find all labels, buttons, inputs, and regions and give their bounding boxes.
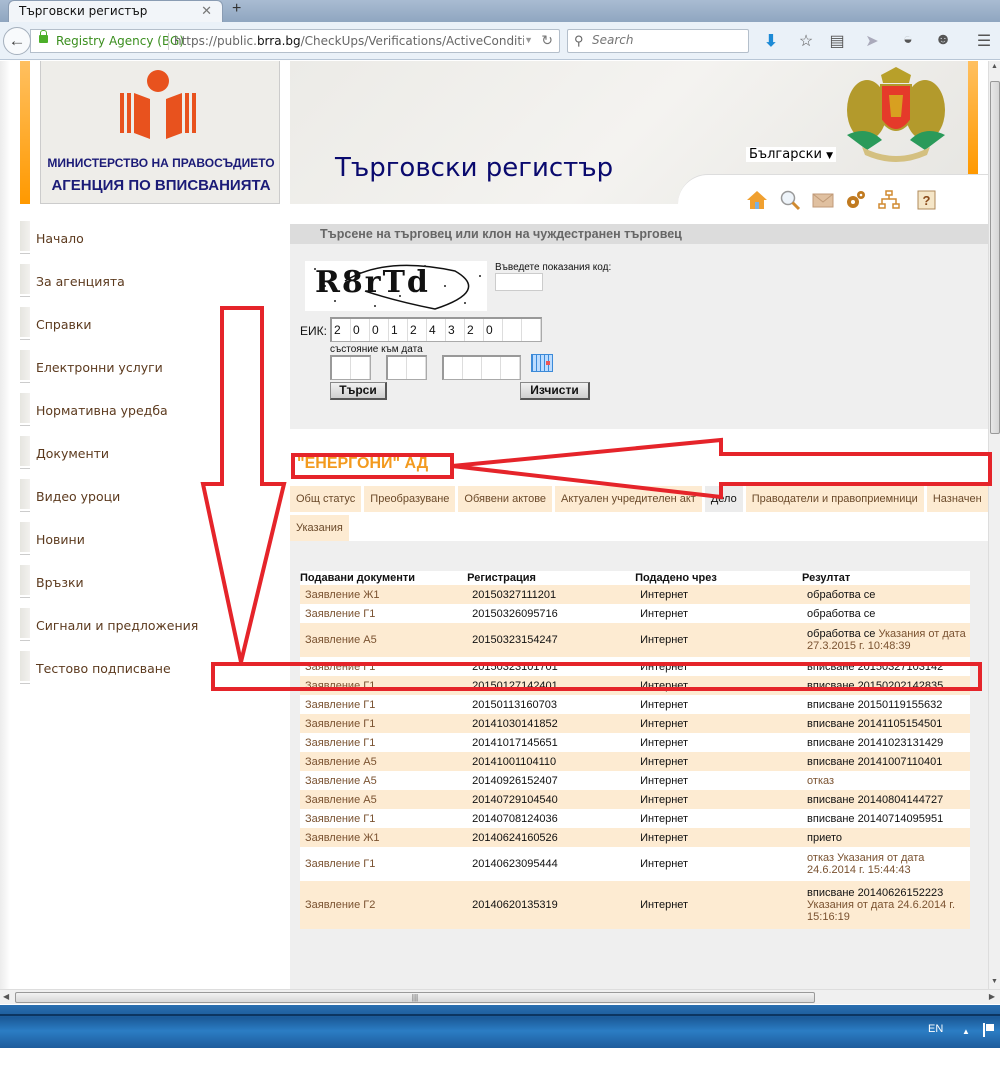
month-input[interactable] [386, 355, 427, 380]
divider [20, 640, 30, 641]
table-row: Заявление Ж120150327111201Интернетобрабо… [300, 585, 970, 604]
divider [168, 33, 169, 50]
result-cell: обработва се [802, 604, 970, 623]
history-dropdown-icon[interactable]: ▼ [524, 35, 533, 45]
day-input[interactable] [330, 355, 371, 380]
registration-number: 20150327111201 [467, 585, 635, 604]
result-status: обработва се [807, 608, 875, 620]
sidebar-item[interactable]: Документи [20, 436, 280, 479]
divider [20, 425, 30, 426]
orange-accent-bar [968, 61, 978, 174]
registration-number: 20140708124036 [467, 809, 635, 828]
column-header: Подавани документи [300, 571, 467, 585]
url-domain: brra.bg [257, 34, 301, 48]
menu-bullet [20, 307, 30, 337]
document-link[interactable]: Заявление А5 [305, 634, 377, 646]
horizontal-scrollbar[interactable]: ◀ ||| ▶ [0, 989, 1000, 1004]
menu-bullet [20, 565, 30, 595]
result-cell: отказ Указания от дата 24.6.2014 г. 15:4… [802, 847, 970, 881]
search-heading-text: Търсене на търговец или клон на чуждестр… [320, 227, 682, 241]
scroll-left-icon[interactable]: ◀ [3, 992, 9, 1001]
table-row: Заявление Г120140708124036Интернетвписва… [300, 809, 970, 828]
new-tab-icon[interactable]: + [232, 0, 241, 18]
search-icon[interactable] [779, 189, 801, 211]
submitted-via: Интернет [635, 657, 802, 676]
sidebar-link[interactable]: Справки [36, 317, 92, 332]
action-center-flag-icon[interactable] [983, 1023, 995, 1037]
help-icon[interactable]: ? [916, 189, 938, 211]
sidebar-link[interactable]: Сигнали и предложения [36, 618, 198, 633]
sidebar-link[interactable]: Електронни услуги [36, 360, 163, 375]
language-select[interactable]: Български ▼ [746, 147, 836, 162]
result-note-link[interactable]: отказ [807, 775, 834, 787]
result-note-link[interactable]: отказ Указания от дата 24.6.2014 г. 15:4… [807, 852, 924, 876]
result-cell: обработва се [802, 585, 970, 604]
svg-text:?: ? [923, 193, 931, 208]
submitted-via: Интернет [635, 623, 802, 657]
navigation-toolbar: Registry Agency (BG) https://public.brra… [0, 22, 1000, 60]
input-language[interactable]: EN [928, 1023, 943, 1035]
shade [0, 61, 10, 989]
registration-number: 20141030141852 [467, 714, 635, 733]
menu-bullet [20, 264, 30, 294]
back-button[interactable]: ← [3, 27, 31, 55]
registration-number: 20150323154247 [467, 623, 635, 657]
document-link[interactable]: Заявление Г1 [305, 858, 375, 870]
clear-button[interactable]: Изчисти [520, 382, 590, 400]
eik-digit[interactable]: 2 [408, 319, 427, 341]
document-link[interactable]: Заявление Г1 [305, 661, 375, 673]
submitted-via: Интернет [635, 676, 802, 695]
tab-item[interactable]: Обявени актове [458, 486, 552, 512]
table-row: Заявление А520150323154247Интернетобрабо… [300, 623, 970, 657]
sitemap-icon[interactable] [878, 189, 900, 211]
table-row: Заявление Г120140623095444Интернетотказ … [300, 847, 970, 881]
result-cell: вписване 20141105154501 [802, 714, 970, 733]
table-row: Заявление Г120141030141852Интернетвписва… [300, 714, 970, 733]
close-tab-icon[interactable]: ✕ [201, 3, 212, 19]
divider [20, 683, 30, 684]
registration-number: 20140624160526 [467, 828, 635, 847]
divider [20, 339, 30, 340]
column-header: Подадено чрез [635, 571, 802, 585]
left-column: МИНИСТЕРСТВО НА ПРАВОСЪДИЕТО АГЕНЦИЯ ПО … [0, 61, 290, 989]
result-cell: отказ [802, 771, 970, 790]
result-cell: обработва се Указания от дата 27.3.2015 … [802, 623, 970, 657]
result-status: прието [807, 832, 842, 844]
tab-item[interactable]: Назначен [927, 486, 988, 512]
captcha-text: R8rTd [315, 265, 430, 300]
result-cell: прието [802, 828, 970, 847]
divider [20, 382, 30, 383]
menu-bullet [20, 221, 30, 251]
result-status: обработва се [807, 628, 875, 640]
scroll-thumb[interactable]: ||| [15, 992, 815, 1003]
eik-digit[interactable] [503, 319, 522, 341]
show-hidden-icons-icon[interactable]: ▲ [962, 1027, 970, 1036]
submitted-via: Интернет [635, 881, 802, 929]
sidebar-item[interactable]: Тестово подписване [20, 651, 280, 694]
chevron-down-icon: ▼ [826, 151, 833, 161]
tab-item[interactable]: Указания [290, 515, 349, 541]
column-header: Резултат [802, 571, 970, 585]
sidebar-link[interactable]: Нормативна уредба [36, 403, 168, 418]
tab-item[interactable]: Праводатели и правоприемници [746, 486, 924, 512]
result-cell: вписване 20141007110401 [802, 752, 970, 771]
mail-icon[interactable] [812, 189, 834, 211]
eik-digit[interactable]: 2 [465, 319, 484, 341]
table-row: Заявление Г220140620135319Интернетвписва… [300, 881, 970, 929]
sidebar-item[interactable]: Сигнали и предложения [20, 608, 280, 651]
result-cell: вписване 20141023131429 [802, 733, 970, 752]
documents-panel: Подавани документиРегистрацияПодадено чр… [290, 541, 988, 989]
ministry-name: МИНИСТЕРСТВО НА ПРАВОСЪДИЕТО [41, 156, 281, 170]
sidebar-item[interactable]: Връзки [20, 565, 280, 608]
document-link[interactable]: Заявление Г2 [305, 899, 375, 911]
sidebar-item[interactable]: Справки [20, 307, 280, 350]
registration-number: 20150113160703 [467, 695, 635, 714]
site-identity[interactable]: Registry Agency (BG) [56, 34, 184, 48]
scroll-thumb[interactable] [990, 81, 1000, 434]
sidebar-item[interactable]: Електронни услуги [20, 350, 280, 393]
orange-accent-bar [20, 61, 30, 204]
sidebar-link[interactable]: Тестово подписване [36, 661, 171, 676]
document-link[interactable]: Заявление Г1 [305, 680, 375, 692]
search-icon: ⚲ [574, 33, 584, 49]
sidebar-link[interactable]: Новини [36, 532, 85, 547]
registration-number: 20140620135319 [467, 881, 635, 929]
result-cell: вписване 20140714095951 [802, 809, 970, 828]
divider [20, 296, 30, 297]
table-row: Заявление Г120150127142401Интернетвписва… [300, 676, 970, 695]
eik-digit[interactable]: 0 [484, 319, 503, 341]
document-link[interactable]: Заявление А5 [305, 756, 377, 768]
table-row: Заявление Г120150323101701Интернетвписва… [300, 657, 970, 676]
menu-bullet [20, 651, 30, 681]
agency-name: АГЕНЦИЯ ПО ВПИСВАНИЯТА [41, 177, 281, 194]
table-row: Заявление Г120141017145651Интернетвписва… [300, 733, 970, 752]
eik-digit[interactable]: 3 [446, 319, 465, 341]
submitted-via: Интернет [635, 604, 802, 623]
submitted-via: Интернет [635, 790, 802, 809]
eik-digit[interactable] [522, 319, 541, 341]
result-status: вписване 20150202142835 [807, 680, 943, 692]
result-cell: вписване 20150327103142 [802, 657, 970, 676]
sidebar-link[interactable]: Начало [36, 231, 84, 246]
sidebar-item[interactable]: Нормативна уредба [20, 393, 280, 436]
language-value: Български [749, 147, 822, 162]
url-bar[interactable]: Registry Agency (BG) https://public.brra… [30, 29, 560, 53]
sidebar-link[interactable]: За агенцията [36, 274, 125, 289]
menu-bullet [20, 350, 30, 380]
search-box[interactable]: ⚲ [567, 29, 749, 53]
eik-digit[interactable]: 0 [370, 319, 389, 341]
sidebar-link[interactable]: Документи [36, 446, 109, 461]
bookmark-star-icon[interactable]: ☆ [796, 31, 816, 51]
divider [20, 511, 30, 512]
sidebar-item[interactable]: Новини [20, 522, 280, 565]
search-form-heading: Търсене на търговец или клон на чуждестр… [290, 224, 988, 244]
tab-row: Указания [290, 515, 349, 541]
windows-taskbar: EN ▲ [0, 1005, 1000, 1048]
table-row: Заявление Г120150113160703Интернетвписва… [300, 695, 970, 714]
url-text[interactable]: https://public.brra.bg/CheckUps/Verifica… [174, 34, 524, 48]
settings-icon[interactable] [845, 189, 867, 211]
eik-label: ЕИК: [300, 324, 327, 338]
date-label: състояние към дата [330, 344, 423, 355]
submitted-via: Интернет [635, 714, 802, 733]
result-note-link[interactable]: Указания от дата 24.6.2014 г. 15:16:19 [807, 899, 955, 923]
submitted-via: Интернет [635, 771, 802, 790]
company-name: "ЕНЕРГОНИ" АД [297, 455, 428, 473]
web-page: МИНИСТЕРСТВО НА ПРАВОСЪДИЕТО АГЕНЦИЯ ПО … [0, 61, 988, 989]
document-link[interactable]: Заявление Г1 [305, 718, 375, 730]
captcha-input[interactable] [495, 273, 543, 291]
sidebar-link[interactable]: Видео уроци [36, 489, 120, 504]
menu-bullet [20, 436, 30, 466]
agency-logo-icon [118, 69, 198, 139]
year-input[interactable] [442, 355, 521, 380]
calendar-icon[interactable] [531, 354, 553, 372]
document-link[interactable]: Заявление Г1 [305, 813, 375, 825]
download-icon[interactable]: ⬇ [761, 31, 781, 51]
result-status: вписване 20141023131429 [807, 737, 943, 749]
menu-bullet [20, 479, 30, 509]
chat-icon[interactable]: ☻ [933, 31, 953, 49]
submitted-via: Интернет [635, 809, 802, 828]
coat-of-arms-icon [837, 65, 955, 165]
document-link[interactable]: Заявление Ж1 [305, 832, 380, 844]
document-link[interactable]: Заявление Г1 [305, 608, 375, 620]
eik-digit[interactable]: 1 [389, 319, 408, 341]
registration-number: 20150326095716 [467, 604, 635, 623]
result-status: вписване 20140626152223 [807, 887, 943, 899]
document-link[interactable]: Заявление Г1 [305, 737, 375, 749]
document-link[interactable]: Заявление Г1 [305, 699, 375, 711]
search-input[interactable] [592, 33, 742, 47]
document-link[interactable]: Заявление А5 [305, 794, 377, 806]
agency-logo[interactable]: МИНИСТЕРСТВО НА ПРАВОСЪДИЕТО АГЕНЦИЯ ПО … [40, 61, 280, 204]
search-button[interactable]: Търси [330, 382, 387, 400]
divider [20, 468, 30, 469]
tab-row: Общ статусПреобразуванеОбявени актовеАкт… [290, 486, 988, 512]
tab-item[interactable]: Общ статус [290, 486, 361, 512]
url-path: /CheckUps/Verifications/ActiveCondition.… [301, 34, 524, 48]
table-row: Заявление А520141001104110Интернетвписва… [300, 752, 970, 771]
scroll-up-icon[interactable]: ▲ [991, 63, 998, 70]
submitted-via: Интернет [635, 733, 802, 752]
eik-digit[interactable]: 4 [427, 319, 446, 341]
sidebar-menu: НачалоЗа агенциятаСправкиЕлектронни услу… [20, 221, 280, 694]
documents-table: Подавани документиРегистрацияПодадено чр… [300, 571, 970, 929]
result-status: вписване 20140804144727 [807, 794, 943, 806]
submitted-via: Интернет [635, 828, 802, 847]
table-row: Заявление Ж120140624160526Интернетприето [300, 828, 970, 847]
registration-number: 20141001104110 [467, 752, 635, 771]
divider [20, 597, 30, 598]
tab-item[interactable]: Актуален учредителен акт [555, 486, 702, 512]
sidebar-item[interactable]: Начало [20, 221, 280, 264]
submitted-via: Интернет [635, 695, 802, 714]
reload-icon[interactable]: ↻ [541, 32, 553, 49]
registration-number: 20140729104540 [467, 790, 635, 809]
scroll-down-icon[interactable]: ▼ [991, 978, 998, 985]
sidebar-item[interactable]: За агенцията [20, 264, 280, 307]
page-title: Търговски регистър [335, 153, 613, 183]
result-cell: вписване 20150202142835 [802, 676, 970, 695]
reading-list-icon[interactable]: ▤ [827, 31, 847, 51]
registration-number: 20150127142401 [467, 676, 635, 695]
result-status: обработва се [807, 589, 875, 601]
menu-icon[interactable]: ☰ [974, 31, 994, 51]
table-row: Заявление А520140729104540Интернетвписва… [300, 790, 970, 809]
table-row: Заявление А520140926152407Интернетотказ [300, 771, 970, 790]
registration-number: 20141017145651 [467, 733, 635, 752]
scroll-right-icon[interactable]: ▶ [989, 992, 995, 1001]
divider [20, 253, 30, 254]
result-status: вписване 20140714095951 [807, 813, 943, 825]
result-cell: вписване 20140626152223 Указания от дата… [802, 881, 970, 929]
submitted-via: Интернет [635, 585, 802, 604]
vertical-scrollbar[interactable]: ▲ ▼ [988, 61, 1000, 989]
browser-tab-bar: Търговски регистър ✕ + [0, 0, 1000, 22]
result-cell: вписване 20150119155632 [802, 695, 970, 714]
search-form: Търсене на търговец или клон на чуждестр… [290, 224, 988, 429]
tab-item[interactable]: Дело [705, 486, 743, 512]
result-cell: вписване 20140804144727 [802, 790, 970, 809]
submitted-via: Интернет [635, 847, 802, 881]
browser-tab[interactable]: Търговски регистър ✕ [8, 0, 223, 22]
registration-number: 20140623095444 [467, 847, 635, 881]
tab-title: Търговски регистър [19, 4, 147, 18]
result-status: вписване 20141007110401 [807, 756, 942, 768]
submitted-via: Интернет [635, 752, 802, 771]
home-icon[interactable] [746, 189, 768, 211]
menu-bullet [20, 522, 30, 552]
document-link[interactable]: Заявление Ж1 [305, 589, 380, 601]
url-prefix: https://public. [174, 34, 257, 48]
document-link[interactable]: Заявление А5 [305, 775, 377, 787]
sidebar-item[interactable]: Видео уроци [20, 479, 280, 522]
result-status: вписване 20150327103142 [807, 661, 943, 673]
sidebar-link[interactable]: Връзки [36, 575, 84, 590]
registration-number: 20140926152407 [467, 771, 635, 790]
eik-digit[interactable]: 0 [351, 319, 370, 341]
result-status: вписване 20141105154501 [807, 718, 942, 730]
captcha-image: R8rTd [305, 261, 487, 311]
menu-bullet [20, 608, 30, 638]
send-icon[interactable]: ➤ [862, 31, 882, 51]
taskbar-sheen [0, 1014, 1000, 1016]
captcha-label: Въведете показания код: [495, 262, 611, 273]
divider [20, 554, 30, 555]
eik-digit[interactable]: 2 [332, 319, 351, 341]
tab-item[interactable]: Преобразуване [364, 486, 455, 512]
result-status: вписване 20150119155632 [807, 699, 942, 711]
lock-icon [39, 35, 48, 43]
table-row: Заявление Г120150326095716Интернетобрабо… [300, 604, 970, 623]
menu-bullet [20, 393, 30, 423]
column-header: Регистрация [467, 571, 635, 585]
registration-number: 20150323101701 [467, 657, 635, 676]
private-mask-icon[interactable]: ◒ [898, 31, 918, 49]
table-header-row: Подавани документиРегистрацияПодадено чр… [300, 571, 970, 585]
eik-input[interactable]: 200124320 [330, 317, 542, 342]
